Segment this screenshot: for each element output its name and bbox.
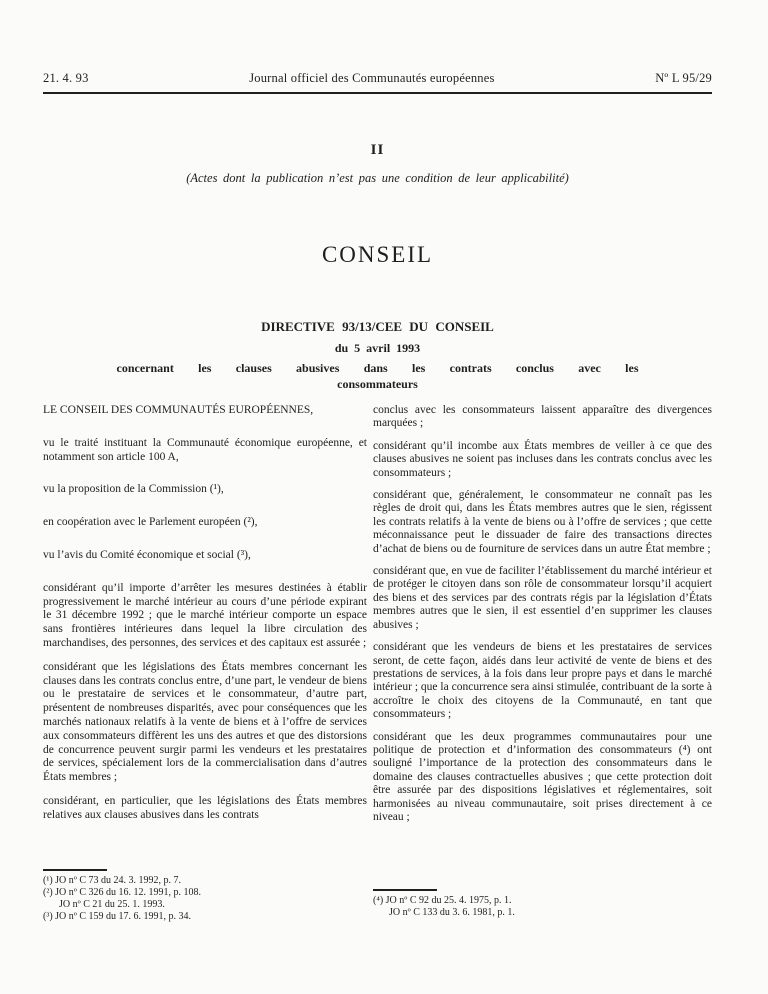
header-rule [43, 92, 712, 94]
recital-paragraph: considérant que les vendeurs de biens et… [373, 641, 712, 721]
preamble-citation: vu l’avis du Comité économique et social… [43, 549, 367, 563]
header-date: 21. 4. 93 [43, 71, 89, 86]
section-note: (Actes dont la publication n’est pas une… [43, 171, 712, 186]
header-issue-number: Nº L 95/29 [655, 71, 712, 86]
footnotes-left: (¹) JO nº C 73 du 24. 3. 1992, p. 7. (²)… [43, 869, 367, 924]
recital-paragraph: considérant qu’il incombe aux États memb… [373, 440, 712, 480]
directive-title: DIRECTIVE 93/13/CEE DU CONSEIL [43, 319, 712, 335]
left-column: LE CONSEIL DES COMMUNAUTÉS EUROPÉENNES, … [43, 404, 367, 833]
footnote-rule [43, 869, 107, 871]
recital-paragraph: considérant que, en vue de faciliter l’é… [373, 565, 712, 632]
journal-officiel-page: 21. 4. 93 Journal officiel des Communaut… [0, 0, 768, 994]
footnote-item-continuation: JO nº C 133 du 3. 6. 1981, p. 1. [373, 907, 712, 919]
directive-subject-line-2: consommateurs [43, 377, 712, 392]
footnote-rule [373, 889, 437, 891]
recital-paragraph: considérant que les deux programmes comm… [373, 731, 712, 825]
footnote-item: (¹) JO nº C 73 du 24. 3. 1992, p. 7. [43, 875, 367, 887]
footnote-item: (³) JO nº C 159 du 17. 6. 1991, p. 34. [43, 911, 367, 923]
institution-title: CONSEIL [43, 242, 712, 268]
recital-paragraph: considérant que les législations des Éta… [43, 661, 367, 785]
footnote-item: (²) JO nº C 326 du 16. 12. 1991, p. 108. [43, 887, 367, 899]
page-header: 21. 4. 93 Journal officiel des Communaut… [43, 71, 712, 86]
directive-date-line: du 5 avril 1993 [43, 341, 712, 356]
directive-subject-line-1: concernant les clauses abusives dans les… [117, 361, 639, 376]
header-journal-title: Journal officiel des Communautés europée… [249, 71, 494, 86]
preamble-opening: LE CONSEIL DES COMMUNAUTÉS EUROPÉENNES, [43, 404, 367, 418]
preamble-citation: vu le traité instituant la Communauté éc… [43, 437, 367, 465]
right-column: conclus avec les consommateurs laissent … [373, 404, 712, 833]
recital-paragraph: considérant que, généralement, le consom… [373, 489, 712, 556]
preamble-citation: vu la proposition de la Commission (¹), [43, 483, 367, 497]
footnote-item-continuation: JO nº C 21 du 25. 1. 1993. [43, 899, 367, 911]
recital-paragraph: considérant qu’il importe d’arrêter les … [43, 582, 367, 651]
footnotes-right: (⁴) JO nº C 92 du 25. 4. 1975, p. 1. JO … [373, 889, 712, 919]
footnote-item: (⁴) JO nº C 92 du 25. 4. 1975, p. 1. [373, 895, 712, 907]
recital-paragraph: considérant, en particulier, que les lég… [43, 795, 367, 823]
directive-subject: concernant les clauses abusives dans les… [43, 361, 712, 392]
preamble-citation: en coopération avec le Parlement europée… [43, 516, 367, 530]
recital-paragraph: conclus avec les consommateurs laissent … [373, 404, 712, 431]
section-numeral: II [43, 142, 712, 159]
